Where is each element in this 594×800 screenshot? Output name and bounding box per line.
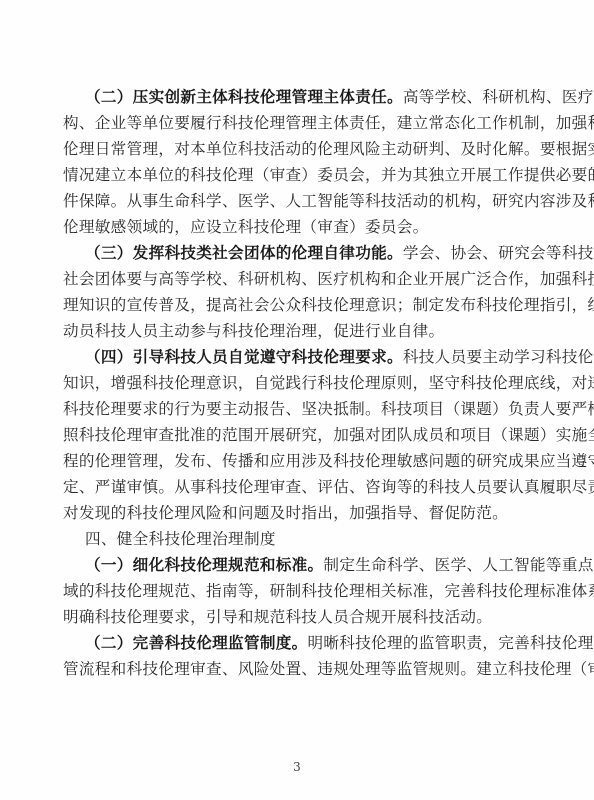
paragraph-lead: （二）压实创新主体科技伦理管理主体责任。 xyxy=(85,88,403,106)
text-line: 对发现的科技伦理风险和问题及时指出，加强指导、督促防范。 xyxy=(63,500,541,526)
document-body: （二）压实创新主体科技伦理管理主体责任。高等学校、科研机构、医疗机 构、企业等单… xyxy=(63,84,541,682)
text-line: 管流程和科技伦理审查、风险处置、违规处理等监管规则。建立科技伦理（审查） xyxy=(63,656,541,682)
text-line: （三）发挥科技类社会团体的伦理自律功能。学会、协会、研究会等科技类 xyxy=(63,240,541,266)
paragraph-social-organizations-self-discipline: （三）发挥科技类社会团体的伦理自律功能。学会、协会、研究会等科技类 社会团体要与… xyxy=(63,240,541,344)
text-line: （二）压实创新主体科技伦理管理主体责任。高等学校、科研机构、医疗机 xyxy=(63,84,541,110)
text-line: 理知识的宣传普及，提高社会公众科技伦理意识；制定发布科技伦理指引，组织 xyxy=(63,292,541,318)
text-line: 伦理日常管理，对本单位科技活动的伦理风险主动研判、及时化解。要根据实际 xyxy=(63,136,541,162)
paragraph-text: 明晰科技伦理的监管职责，完善科技伦理监 xyxy=(308,634,594,652)
paragraph-lead: （四）引导科技人员自觉遵守科技伦理要求。 xyxy=(85,348,403,366)
document-page: （二）压实创新主体科技伦理管理主体责任。高等学校、科研机构、医疗机 构、企业等单… xyxy=(0,0,594,800)
paragraph-text: 科技人员要主动学习科技伦理 xyxy=(403,348,594,366)
paragraph-text: 高等学校、科研机构、医疗机 xyxy=(403,88,594,106)
text-line: 件保障。从事生命科学、医学、人工智能等科技活动的机构，研究内容涉及科技 xyxy=(63,188,541,214)
paragraph-text: 制定生命科学、医学、人工智能等重点领 xyxy=(323,556,594,574)
text-line: 域的科技伦理规范、指南等，研制科技伦理相关标准，完善科技伦理标准体系， xyxy=(63,578,541,604)
section-heading: 四、健全科技伦理治理制度 xyxy=(63,526,541,552)
page-number: 3 xyxy=(0,760,594,774)
text-line: 动员科技人员主动参与科技伦理治理，促进行业自律。 xyxy=(63,318,541,344)
text-line: （四）引导科技人员自觉遵守科技伦理要求。科技人员要主动学习科技伦理 xyxy=(63,344,541,370)
text-line: 情况建立本单位的科技伦理（审查）委员会，并为其独立开展工作提供必要的条 xyxy=(63,162,541,188)
paragraph-improve-supervision-system: （二）完善科技伦理监管制度。明晰科技伦理的监管职责，完善科技伦理监 管流程和科技… xyxy=(63,630,541,682)
text-line: 定、严谨审慎。从事科技伦理审查、评估、咨询等的科技人员要认真履职尽责， xyxy=(63,474,541,500)
text-line: 构、企业等单位要履行科技伦理管理主体责任，建立常态化工作机制，加强科技 xyxy=(63,110,541,136)
text-line: 科技伦理要求的行为要主动报告、坚决抵制。科技项目（课题）负责人要严格按 xyxy=(63,396,541,422)
paragraph-lead: （二）完善科技伦理监管制度。 xyxy=(85,634,308,652)
paragraph-lead: （三）发挥科技类社会团体的伦理自律功能。 xyxy=(85,244,403,262)
text-line: 明确科技伦理要求，引导和规范科技人员合规开展科技活动。 xyxy=(63,604,541,630)
text-line: 程的伦理管理，发布、传播和应用涉及科技伦理敏感问题的研究成果应当遵守规 xyxy=(63,448,541,474)
text-line: 照科技伦理审查批准的范围开展研究，加强对团队成员和项目（课题）实施全过 xyxy=(63,422,541,448)
text-line: （一）细化科技伦理规范和标准。制定生命科学、医学、人工智能等重点领 xyxy=(63,552,541,578)
paragraph-lead: （一）细化科技伦理规范和标准。 xyxy=(85,556,323,574)
paragraph-responsibility-of-innovation-entities: （二）压实创新主体科技伦理管理主体责任。高等学校、科研机构、医疗机 构、企业等单… xyxy=(63,84,541,240)
text-line: 知识，增强科技伦理意识，自觉践行科技伦理原则，坚守科技伦理底线，对违背 xyxy=(63,370,541,396)
text-line: 伦理敏感领域的，应设立科技伦理（审查）委员会。 xyxy=(63,214,541,240)
text-line: 社会团体要与高等学校、科研机构、医疗机构和企业开展广泛合作，加强科技伦 xyxy=(63,266,541,292)
paragraph-refine-norms-and-standards: （一）细化科技伦理规范和标准。制定生命科学、医学、人工智能等重点领 域的科技伦理… xyxy=(63,552,541,630)
paragraph-text: 学会、协会、研究会等科技类 xyxy=(403,244,594,262)
paragraph-guide-researchers: （四）引导科技人员自觉遵守科技伦理要求。科技人员要主动学习科技伦理 知识，增强科… xyxy=(63,344,541,526)
text-line: （二）完善科技伦理监管制度。明晰科技伦理的监管职责，完善科技伦理监 xyxy=(63,630,541,656)
